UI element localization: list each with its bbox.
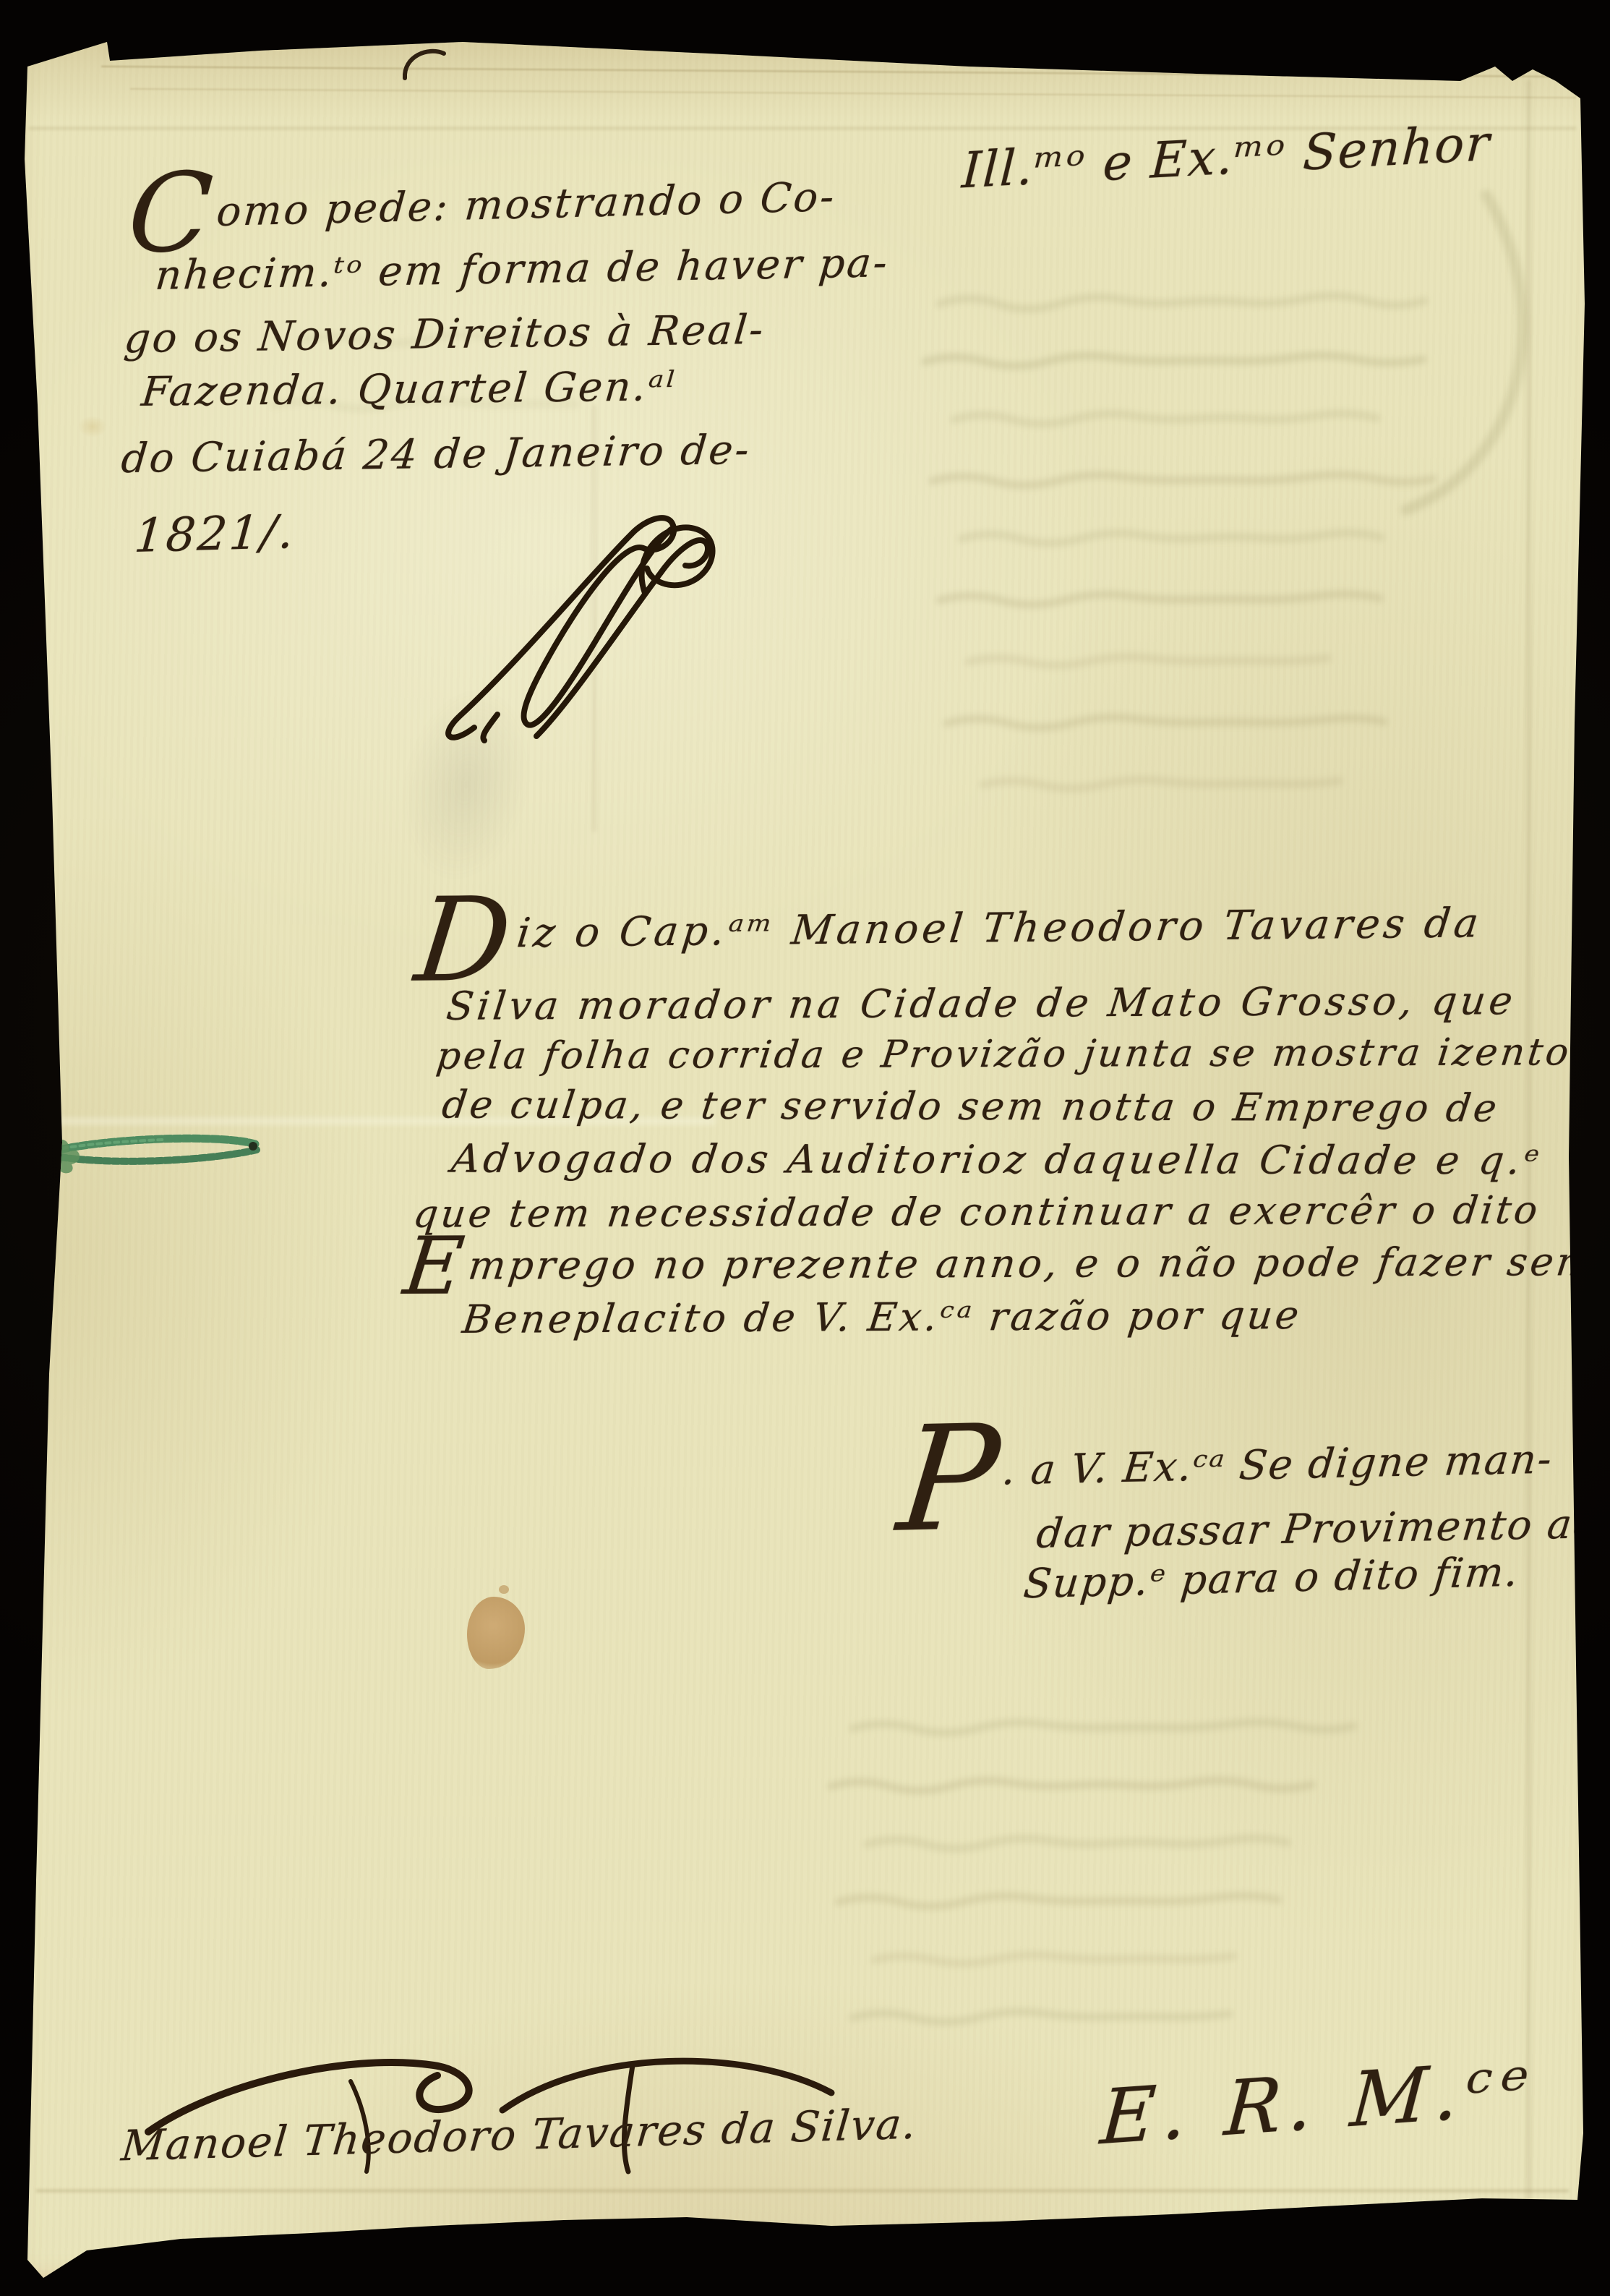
manuscript-scan: Ill.ᵐᵒ e Ex.ᵐᵒ Senhor Como pede: mostran… [0, 0, 1610, 2296]
stain-dot [499, 1585, 509, 1594]
initial-letter: P [900, 1479, 999, 1481]
closing-formula: E. R. M.ᶜᵉ [1097, 2043, 1538, 2162]
petition-line: Silva morador na Cidade de Mato Grosso, … [444, 978, 1518, 1029]
margin-note-line: Como pede: mostrando o Co- [127, 174, 838, 238]
petition-line: Beneplacito de V. Ex.ᶜᵃ razão por que [460, 1292, 1303, 1342]
initial-letter: D [417, 939, 513, 940]
request-line: Supp.ᵉ para o dito fim. [1022, 1549, 1522, 1608]
stain-faint-yellow [78, 416, 107, 438]
petition-line: que tem necessidade de continuar a exerc… [411, 1188, 1543, 1236]
second-sheet-edge-2 [130, 88, 1576, 98]
petition-line: Diz o Cap.ᵃᵐ Manoel Theodoro Tavares da [415, 900, 1484, 957]
margin-note-line: go os Novos Direitos à Real- [122, 307, 767, 362]
paper-sheet: Ill.ᵐᵒ e Ex.ᵐᵒ Senhor Como pede: mostran… [0, 0, 1610, 2296]
rubric-flourish [428, 498, 804, 747]
second-sheet-edge [101, 66, 1576, 77]
margin-note-line: Fazenda. Quartel Gen.ᵃˡ [140, 363, 680, 416]
margin-note-line: nhecim.ᵗᵒ em forma de haver pa- [153, 239, 891, 299]
stain-brown [467, 1597, 525, 1669]
crease-bottom [36, 2190, 1569, 2192]
margin-note-line: 1821/. [132, 505, 298, 563]
margin-note-line: do Cuiabá 24 de Janeiro de- [119, 427, 753, 482]
salutation: Ill.ᵐᵒ e Ex.ᵐᵒ Senhor [960, 115, 1491, 200]
request-line: P. a V. Ex.ᶜᵃ Se digne man- [899, 1435, 1555, 1496]
petition-line: Emprego no prezente anno, e o não pode f… [402, 1239, 1599, 1289]
initial-letter: C [129, 213, 214, 215]
petition-line: de culpa, e ter servido sem notta o Empr… [440, 1083, 1502, 1130]
top-cutoff-mark [399, 43, 457, 87]
petition-line: pela folha corrida e Provizão junta se m… [434, 1030, 1573, 1078]
petition-line: Advogado dos Auditorioz daquella Cidade … [449, 1136, 1545, 1184]
binding-thread [40, 1114, 278, 1186]
